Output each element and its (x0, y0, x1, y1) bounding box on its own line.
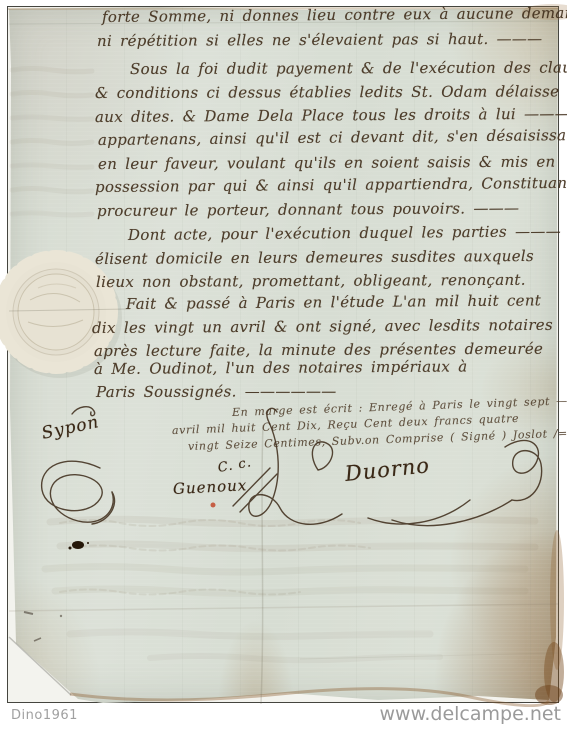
manuscript-line: en leur faveur, voulant qu'ils en soient… (98, 155, 556, 172)
watermark-seller: Dino1961 (11, 708, 78, 723)
manuscript-line: élisent domicile en leurs demeures susdi… (95, 249, 534, 267)
manuscript-line: ni répétition si elles ne s'élevaient pa… (97, 32, 543, 49)
manuscript-line: Sous la foi dudit payement & de l'exécut… (130, 60, 567, 77)
manuscript-line: procureur le porteur, donnant tous pouvo… (97, 201, 519, 219)
scanned-manuscript-page: forte Somme, ni donnes lieu contre eux à… (0, 0, 567, 730)
manuscript-line: dix les vingt un avril & ont signé, avec… (92, 318, 553, 336)
manuscript-line: Fait & passé à Paris en l'étude L'an mil… (126, 293, 541, 312)
manuscript-line: Paris Soussignés. —————— (96, 384, 337, 400)
manuscript-line: forte Somme, ni donnes lieu contre eux à… (102, 6, 567, 25)
manuscript-line: après lecture faite, la minute des prése… (94, 342, 543, 359)
manuscript-line: possession par qui & ainsi qu'il apparti… (95, 176, 567, 195)
watermark-site: www.delcampe.net (379, 703, 561, 725)
manuscript-line: aux dites. & Dame Dela Place tous les dr… (95, 107, 567, 125)
manuscript-line: Dont acte, pour l'exécution duquel les p… (128, 224, 561, 243)
manuscript-line: à Me. Oudinot, l'un des notaires impéria… (94, 359, 468, 377)
manuscript-line: lieux non obstant, promettant, obligeant… (96, 273, 526, 290)
manuscript-line: & conditions ci dessus établies ledits S… (95, 84, 559, 101)
